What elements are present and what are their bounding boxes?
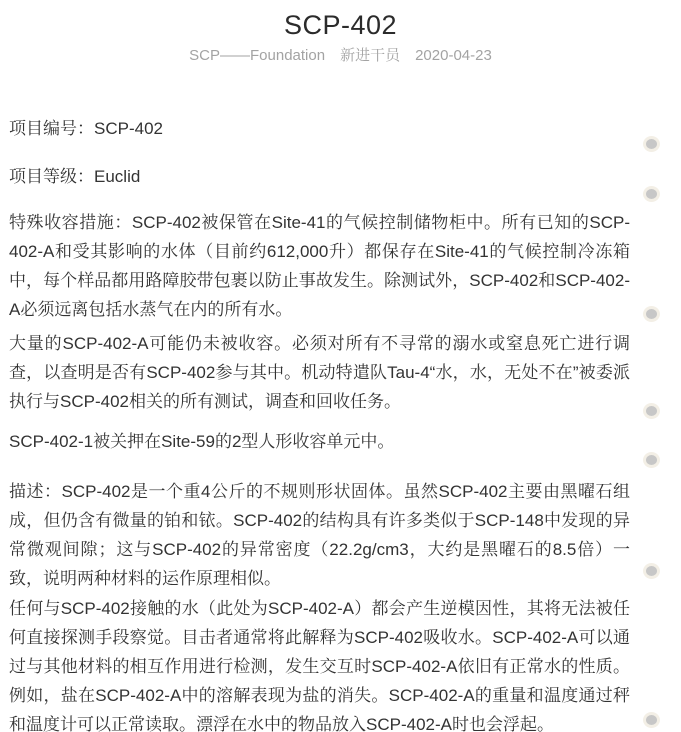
paragraph-marker-dot bbox=[646, 566, 657, 576]
paragraph-marker-dot bbox=[646, 189, 657, 199]
paragraph-marker-dot bbox=[646, 455, 657, 465]
paragraph: 特殊收容措施：SCP-402被保管在Site-41的气候控制储物柜中。所有已知的… bbox=[9, 208, 630, 324]
article-meta: SCP——Foundation 新进干员 2020-04-23 bbox=[0, 48, 681, 63]
paragraph-marker-dot bbox=[646, 715, 657, 725]
meta-source: SCP——Foundation bbox=[189, 48, 325, 63]
paragraph: 大量的SCP-402-A可能仍未被收容。必须对所有不寻常的溺水或窒息死亡进行调查… bbox=[9, 329, 630, 416]
article-page: SCP-402 SCP——Foundation 新进干员 2020-04-23 … bbox=[0, 0, 681, 732]
paragraph: 项目等级：Euclid bbox=[9, 162, 630, 191]
paragraph: 项目编号：SCP-402 bbox=[9, 114, 630, 143]
article-body: 项目编号：SCP-402 项目等级：Euclid 特殊收容措施：SCP-402被… bbox=[0, 114, 630, 732]
paragraph: 描述：SCP-402是一个重4公斤的不规则形状固体。虽然SCP-402主要由黑曜… bbox=[9, 477, 630, 593]
paragraph: SCP-402-1被关押在Site-59的2型人形收容单元中。 bbox=[9, 427, 630, 456]
paragraph-marker-dot bbox=[646, 406, 657, 416]
paragraph-marker-dot bbox=[646, 139, 657, 149]
meta-date: 2020-04-23 bbox=[415, 48, 492, 63]
page-title: SCP-402 bbox=[0, 0, 681, 42]
paragraph-marker-dot bbox=[646, 309, 657, 319]
paragraph: 任何与SCP-402接触的水（此处为SCP-402-A）都会产生逆模因性，其将无… bbox=[9, 594, 630, 732]
meta-author: 新进干员 bbox=[340, 48, 400, 63]
